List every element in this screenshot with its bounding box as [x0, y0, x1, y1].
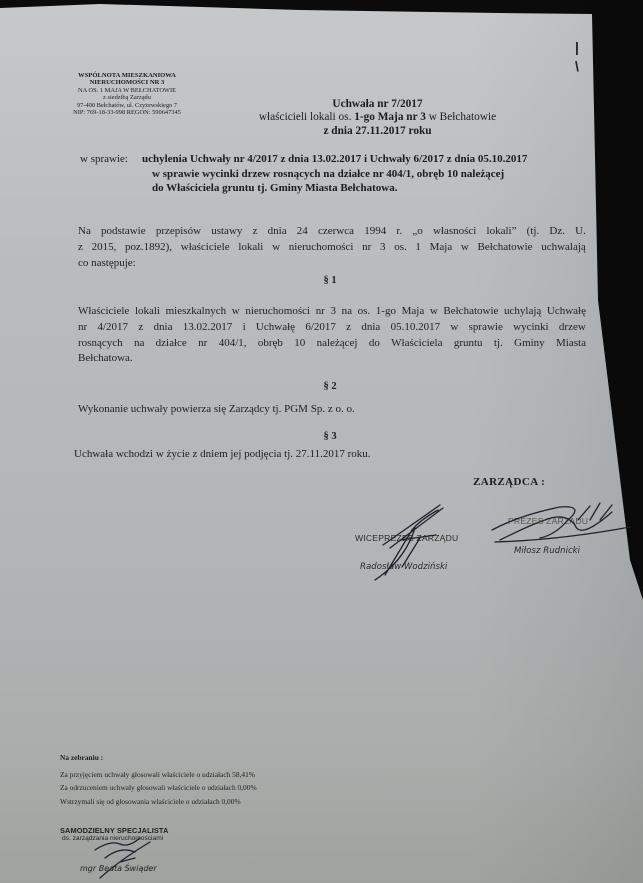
word: własności: [433, 224, 476, 240]
specialist-title: SAMODZIELNY SPECJALISTA: [60, 826, 180, 835]
word: Na: [78, 224, 91, 240]
section-2-text: Wykonanie uchwały powierza się Zarządcy …: [78, 402, 586, 418]
word: dnia: [154, 320, 173, 336]
word: tj.: [494, 336, 503, 352]
word: 1994: [364, 224, 386, 240]
left-signatory-role: WICEPREZES ZARZĄDU: [355, 533, 458, 543]
word: Uchwałę: [256, 320, 295, 336]
org-location: NA OS. 1 MAJA W BEŁCHATOWIE: [62, 87, 192, 94]
word: sprawie: [469, 320, 503, 336]
word: właściciele: [181, 240, 230, 256]
word: 13.02.2017: [183, 320, 233, 336]
word: dnia: [268, 224, 287, 240]
word: czerwca: [318, 224, 354, 240]
corner-mark: \: [575, 57, 579, 76]
word: w: [272, 240, 280, 256]
word: drzew: [559, 320, 586, 336]
section-1-label: § 1: [290, 275, 370, 286]
word: w: [461, 240, 469, 256]
vote-abstain: Wstrzymali się od głosowania właściciele…: [60, 795, 257, 808]
preamble-line: co następuje:: [78, 256, 586, 272]
specialist-subtitle: ds. zarządzania nieruchomościami: [60, 835, 180, 842]
word: 24: [297, 224, 308, 240]
word: gruntu: [454, 336, 483, 352]
word: przepisów: [156, 224, 201, 240]
subject-line: uchylenia Uchwały nr 4/2017 z dnia 13.02…: [142, 152, 602, 167]
resolution-date: z dnia 27.11.2017 roku: [200, 125, 555, 138]
section-line: Wykonanie uchwały powierza się Zarządcy …: [78, 402, 586, 418]
issuer-bold: 1-go Maja nr 3: [354, 111, 426, 123]
section-line: Uchwała wchodzi w życie z dniem jej podj…: [74, 447, 582, 463]
section-3-label: § 3: [290, 431, 370, 442]
word: mieszkalnych: [166, 304, 226, 320]
word: 6/2017: [305, 320, 336, 336]
specialist-name: mgr Beata Świąder: [80, 864, 157, 873]
word: z: [78, 240, 83, 256]
word: z: [253, 224, 258, 240]
org-seat: z siedzibą Zarządu: [62, 94, 192, 101]
word: 1-go: [376, 304, 396, 320]
word: w: [232, 304, 240, 320]
subject-body: uchylenia Uchwały nr 4/2017 z dnia 13.02…: [142, 152, 602, 196]
word: poz.1892),: [125, 240, 172, 256]
resolution-number: Uchwała nr 7/2017: [200, 98, 555, 111]
issuer-pre: właścicieli lokali os.: [259, 111, 354, 123]
word: uchylają: [504, 304, 541, 320]
word: 10: [294, 336, 305, 352]
issuer-post: w Bełchatowie: [426, 111, 496, 123]
word: nr: [362, 240, 371, 256]
section-line: rosnącychnadziałcenr404/1,obręb10należąc…: [78, 336, 586, 352]
word: Dz.: [549, 224, 565, 240]
word: należącej: [317, 336, 358, 352]
right-signatory-role: PREZES ZARZĄDU: [508, 516, 588, 526]
preamble-line: z2015,poz.1892),właścicielelokaliwnieruc…: [78, 240, 586, 256]
word: i: [243, 320, 246, 336]
corner-marks: | \: [575, 38, 579, 76]
word: Maja: [402, 304, 425, 320]
org-tax-ids: NIP: 769-18-33-998 REGON: 590647345: [62, 109, 192, 116]
word: Maja: [430, 240, 453, 256]
resolution-issuer: właścicieli lokali os. 1-go Maja nr 3 w …: [200, 111, 555, 124]
org-property: NIERUCHOMOŚCI NR 3: [62, 79, 192, 86]
word: 3: [380, 240, 386, 256]
word: w: [430, 304, 438, 320]
section-line: Bełchatowa.: [78, 351, 586, 367]
vote-for: Za przyjęciem uchwały głosowali właścici…: [60, 768, 257, 781]
word: Uchwałę: [547, 304, 586, 320]
preamble-line: Napodstawieprzepisówustawyzdnia24czerwca…: [78, 224, 586, 240]
word: os.: [394, 240, 407, 256]
word: „o: [412, 224, 422, 240]
word: nr: [78, 320, 87, 336]
subject-lead: w sprawie:: [80, 152, 128, 167]
corner-mark: |: [575, 38, 579, 57]
specialist-stamp: SAMODZIELNY SPECJALISTA ds. zarządzania …: [60, 826, 180, 842]
word: działce: [156, 336, 187, 352]
word: nieruchomości: [289, 240, 354, 256]
word: z: [138, 320, 143, 336]
word: dnia: [361, 320, 380, 336]
org-address: 97-400 Bełchatów, ul. Czyżewskiego 7: [62, 102, 192, 109]
votes-heading: Na zebraniu :: [60, 752, 257, 764]
word: Bełchatowie: [443, 304, 498, 320]
word: w: [450, 320, 458, 336]
subject-line: w sprawie wycinki drzew rosnących na dzi…: [142, 167, 602, 182]
section-2-label: § 2: [290, 381, 370, 392]
word: 4/2017: [97, 320, 128, 336]
right-signatory-name: Miłosz Rudnicki: [514, 546, 580, 556]
word: uchwalają: [541, 240, 586, 256]
preamble: Napodstawieprzepisówustawyzdnia24czerwca…: [78, 224, 586, 271]
word: 404/1,: [219, 336, 247, 352]
word: 05.10.2017: [391, 320, 441, 336]
left-signatory-name: Radosław Wodziński: [360, 562, 447, 572]
word: lokali: [135, 304, 160, 320]
word: ustawy: [211, 224, 242, 240]
word: nr: [198, 336, 207, 352]
word: 2015,: [92, 240, 117, 256]
section-3-text: Uchwała wchodzi w życie z dniem jej podj…: [74, 447, 582, 463]
word: r.: [396, 224, 402, 240]
voting-results: Na zebraniu : Za przyjęciem uchwały głos…: [60, 752, 257, 808]
word: do: [369, 336, 380, 352]
word: nieruchomości: [245, 304, 310, 320]
word: 3: [331, 304, 337, 320]
section-1-text: Właścicielelokalimieszkalnychwnieruchomo…: [78, 304, 586, 367]
word: os.: [358, 304, 371, 320]
word: rosnących: [78, 336, 123, 352]
word: lokali”: [487, 224, 517, 240]
subject-line: do Właściciela gruntu tj. Gminy Miasta B…: [142, 181, 602, 196]
word: z: [346, 320, 351, 336]
word: lokali: [238, 240, 263, 256]
word: Bełchatowie: [478, 240, 533, 256]
word: 1: [415, 240, 421, 256]
word: Właściciela: [391, 336, 442, 352]
word: wycinki: [513, 320, 548, 336]
section-line: Właścicielelokalimieszkalnychwnieruchomo…: [78, 304, 586, 320]
word: Właściciele: [78, 304, 129, 320]
section-line: nr4/2017zdnia13.02.2017iUchwałę6/2017zdn…: [78, 320, 586, 336]
word: U.: [575, 224, 586, 240]
word: Gminy: [514, 336, 545, 352]
word: nr: [316, 304, 325, 320]
word: (tj.: [527, 224, 540, 240]
organization-header: WSPÓLNOTA MIESZKANIOWA NIERUCHOMOŚCI NR …: [62, 72, 192, 116]
word: na: [342, 304, 352, 320]
word: obręb: [258, 336, 283, 352]
word: Miasta: [556, 336, 586, 352]
vote-against: Za odrzuceniem uchwały głosowali właścic…: [60, 781, 257, 794]
resolution-title: Uchwała nr 7/2017 właścicieli lokali os.…: [200, 98, 555, 138]
word: podstawie: [101, 224, 146, 240]
word: na: [134, 336, 144, 352]
signatures-heading: ZARZĄDCA :: [473, 476, 545, 488]
